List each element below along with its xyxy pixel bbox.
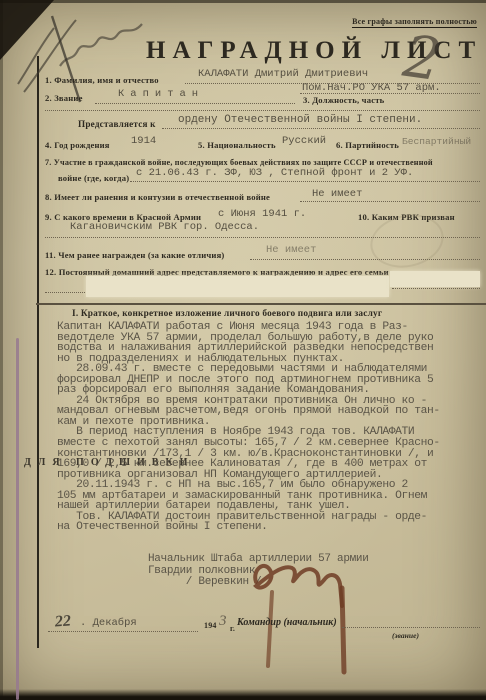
presented-to-value: ордену Отечественной войны I степени. — [178, 114, 422, 126]
field11-value: Не имеет — [266, 244, 316, 256]
field-line — [130, 181, 480, 182]
field2-value: Капитан — [118, 88, 204, 100]
field8-label: 8. Имеет ли ранения и контузии в отечест… — [45, 192, 270, 202]
field6-value: Беспартийный — [402, 136, 471, 147]
date-year-printed: 194 — [204, 621, 217, 630]
date-month: . Декабря — [80, 617, 137, 629]
field5-value: Русский — [282, 135, 326, 147]
date-year-suffix: г. — [230, 624, 235, 633]
field7-label-line1: 7. Участие в гражданской войне, последую… — [45, 158, 433, 167]
field11-label: 11. Чем ранее награжден (за какие отличи… — [45, 250, 224, 260]
field10-value: Кагановичским РВК гор. Одесса. — [70, 221, 259, 233]
field1-value: КАЛАФАТИ Дмитрий Дмитриевич — [198, 68, 368, 80]
form-left-border — [37, 56, 39, 648]
section1-body: Капитан КАЛАФАТИ работая с Июня месяца 1… — [57, 322, 485, 533]
photo-bottom-edge — [0, 689, 486, 700]
photo-top-edge — [0, 0, 486, 3]
fold-mark-line — [16, 338, 19, 700]
field7-label-line2: войне (где, когда) — [58, 173, 129, 183]
handwritten-date-day: 22 — [54, 612, 71, 631]
field4-value: 1914 — [131, 135, 156, 147]
field-line — [45, 292, 85, 293]
field5-label: 5. Национальность — [198, 140, 276, 150]
field3-label: 3. Должность, часть — [303, 95, 384, 105]
field-line — [300, 93, 480, 94]
redaction-box — [390, 271, 480, 287]
field-line — [300, 201, 480, 202]
field-line — [162, 128, 480, 129]
handwritten-year-digit: 3 — [219, 613, 227, 630]
redaction-box — [86, 276, 389, 297]
photo-left-edge — [0, 0, 3, 700]
field6-label: 6. Партийность — [336, 140, 399, 150]
field-line — [95, 103, 295, 104]
field-line — [45, 110, 480, 111]
section-divider — [36, 303, 486, 305]
commander-label: Командир (начальник) — [237, 617, 337, 628]
commander-line — [342, 627, 480, 628]
section1-header: I. Краткое, конкретное изложение личного… — [72, 309, 382, 319]
field-line — [392, 288, 480, 289]
field2-label: 2. Звание — [45, 93, 83, 103]
field7-value: с 21.06.43 г. ЗФ, ЮЗ , Степной фронт и 2… — [136, 167, 413, 179]
field1-label: 1. Фамилия, имя и отчество — [45, 75, 159, 85]
award-sheet-page: ДЛЯ ПОДШИВКИ Все графы заполнять полност… — [0, 0, 486, 700]
ink-signature — [238, 548, 368, 678]
presented-to-label: Представляется к — [78, 119, 156, 129]
field4-label: 4. Год рождения — [45, 140, 110, 150]
field-line — [250, 259, 480, 260]
rank-label: (звание) — [392, 631, 419, 640]
field9-value: с Июня 1941 г. — [218, 208, 306, 220]
field8-value: Не имеет — [312, 188, 362, 200]
date-line — [48, 631, 198, 632]
